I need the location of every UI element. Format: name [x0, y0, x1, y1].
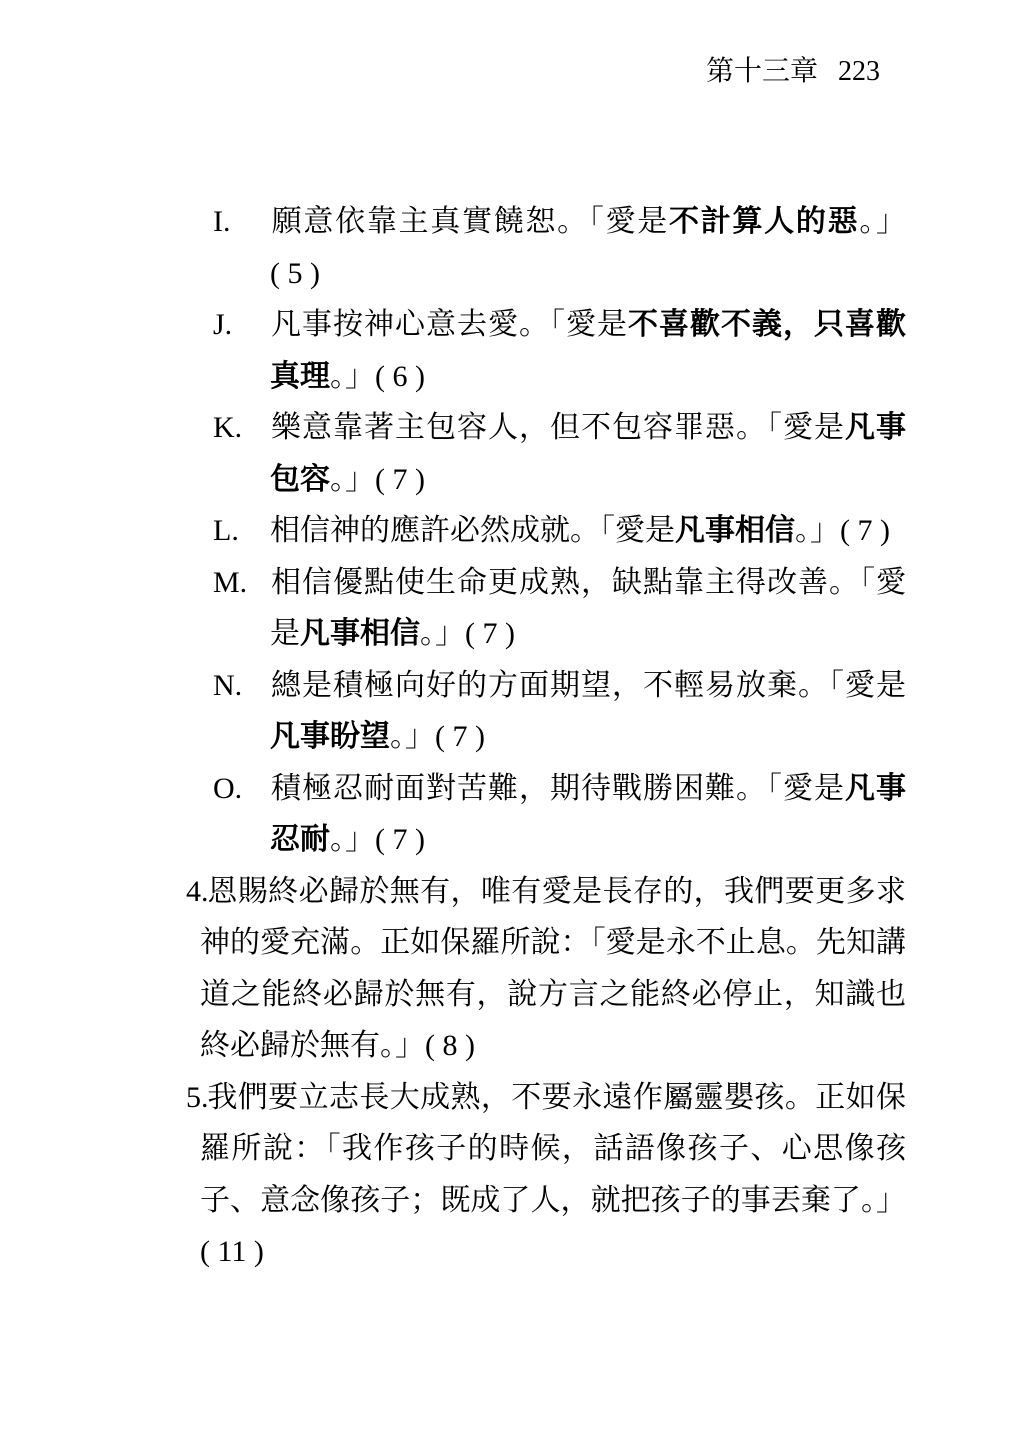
- text-segment: 。」: [859, 205, 906, 238]
- verse-reference: ( 7 ): [435, 720, 485, 753]
- verse-reference: ( 7 ): [375, 823, 425, 856]
- text-segment: 凡事相信: [675, 514, 795, 547]
- text-segment: 我們要立志長大成熟，不要永遠作屬靈嬰孩。: [207, 1081, 815, 1114]
- verse-reference: ( 5 ): [270, 257, 320, 290]
- list-item-l: L.相信神的應許必然成就。「愛是凡事相信。」( 7 ): [0, 505, 906, 557]
- item-label: J.: [213, 299, 270, 351]
- text-segment: 凡事盼望: [270, 720, 390, 753]
- text-segment: 。」: [420, 617, 465, 650]
- list-item-j: J.凡事按神心意去愛。「愛是不喜歡不義，只喜歡真理。」( 6 ): [0, 299, 906, 402]
- item-label: N.: [213, 660, 270, 712]
- list-item-m: M.相信優點使生命更成熟，缺點靠主得改善。「愛是凡事相信。」( 7 ): [0, 557, 906, 660]
- verse-reference: ( 7 ): [375, 463, 425, 496]
- page-number: 223: [838, 56, 880, 87]
- text-segment: 。」: [795, 514, 840, 547]
- list-item-4: 4.恩賜終必歸於無有，唯有愛是長存的，我們要更多求神的愛充滿。正如保羅所說：「愛…: [0, 866, 906, 1072]
- text-segment: 「愛是: [589, 205, 669, 238]
- list-item-k: K.樂意靠著主包容人，但不包容罪惡。「愛是凡事包容。」( 7 ): [0, 402, 906, 505]
- text-segment: 「愛是: [767, 411, 845, 444]
- item-label: K.: [213, 402, 270, 454]
- verse-reference: ( 6 ): [375, 360, 425, 393]
- text-segment: 。」: [330, 823, 375, 856]
- text-segment: 積極忍耐面對苦難，期待戰勝困難。: [270, 772, 767, 805]
- item-label: M.: [213, 557, 270, 609]
- text-segment: 「愛是: [550, 308, 628, 341]
- chapter-title: 第十三章: [706, 56, 818, 87]
- text-segment: 總是積極向好的方面期望，不輕易放棄。: [270, 669, 829, 702]
- text-segment: 凡事按神心意去愛。: [270, 308, 550, 341]
- item-label: L.: [213, 505, 270, 557]
- text-segment: 相信優點使生命更成熟，缺點靠主得改善。: [270, 566, 860, 599]
- text-segment: 凡事相信: [300, 617, 420, 650]
- text-segment: 願意依靠主真實饒恕。: [270, 205, 589, 238]
- text-segment: 。」: [330, 360, 375, 393]
- list-item-o: O.積極忍耐面對苦難，期待戰勝困難。「愛是凡事忍耐。」( 7 ): [0, 763, 906, 866]
- verse-reference: ( 7 ): [465, 617, 515, 650]
- list-item-5: 5.我們要立志長大成熟，不要永遠作屬靈嬰孩。正如保羅所說：「我作孩子的時候，話語…: [0, 1072, 906, 1278]
- list-item-n: N.總是積極向好的方面期望，不輕易放棄。「愛是凡事盼望。」( 7 ): [0, 660, 906, 763]
- text-segment: 「愛是: [600, 514, 675, 547]
- page-header: 第十三章223: [706, 55, 880, 89]
- list-item-i: I.願意依靠主真實饒恕。「愛是不計算人的惡。」( 5 ): [0, 196, 906, 299]
- verse-reference: ( 7 ): [840, 514, 890, 547]
- item-label: 5.: [186, 1072, 207, 1124]
- verse-reference: ( 8 ): [425, 1029, 475, 1062]
- text-segment: 樂意靠著主包容人，但不包容罪惡。: [270, 411, 767, 444]
- verse-reference: ( 11 ): [200, 1235, 264, 1268]
- text-segment: 「愛是: [829, 669, 906, 702]
- text-segment: 。」: [390, 720, 435, 753]
- item-label: O.: [213, 763, 270, 815]
- text-segment: 相信神的應許必然成就。: [270, 514, 600, 547]
- text-segment: 。」: [330, 463, 375, 496]
- item-label: I.: [213, 196, 270, 248]
- content-list: I.願意依靠主真實饒恕。「愛是不計算人的惡。」( 5 )J.凡事按神心意去愛。「…: [0, 196, 906, 1278]
- text-segment: 「愛是: [767, 772, 845, 805]
- text-segment: 不計算人的惡: [669, 205, 859, 238]
- document-page: 第十三章223 I.願意依靠主真實饒恕。「愛是不計算人的惡。」( 5 )J.凡事…: [0, 0, 1024, 1445]
- item-label: 4.: [186, 866, 207, 918]
